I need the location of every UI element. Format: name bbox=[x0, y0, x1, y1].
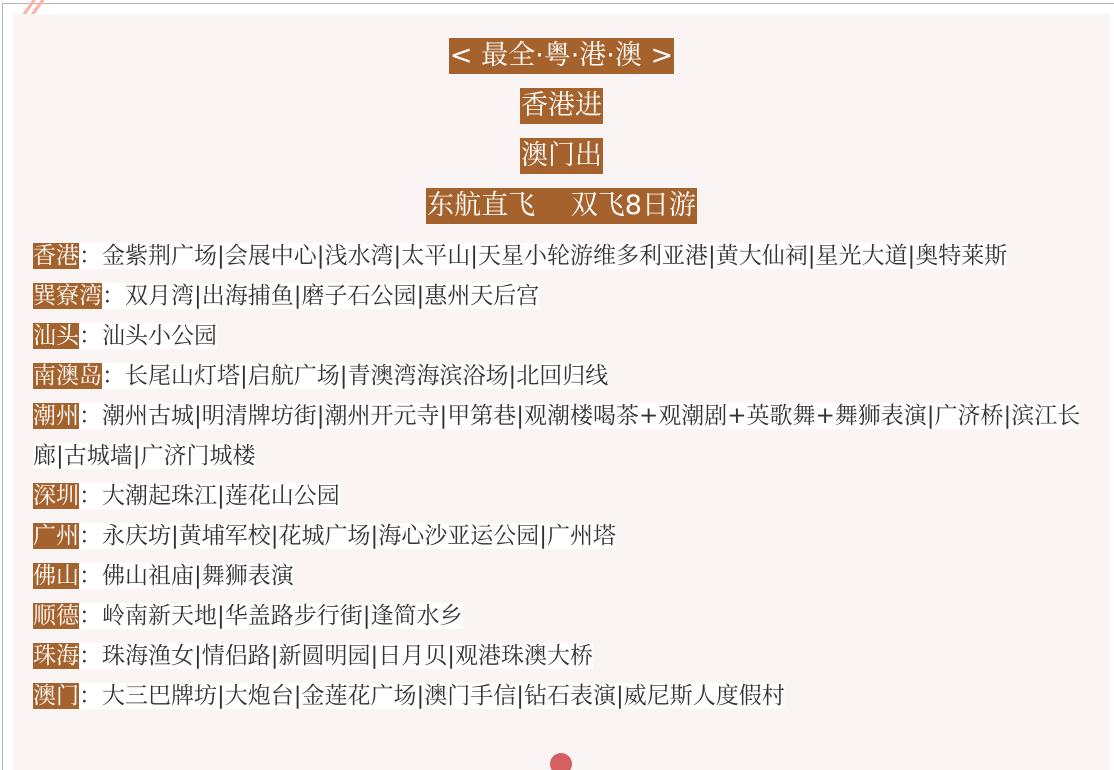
list-item: 珠海：珠海渔女|情侣路|新圆明园|日月贝|观港珠澳大桥 bbox=[33, 636, 1093, 676]
spots-text: 潮州古城|明清牌坊街|潮州开元寺|甲第巷|观潮楼喝茶+观潮剧+英歌舞+舞狮表演|… bbox=[33, 403, 1080, 469]
itinerary-list: 香港：金紫荆广场|会展中心|浅水湾|太平山|天星小轮游维多利亚港|黄大仙祠|星光… bbox=[13, 236, 1110, 716]
spots-text: 大潮起珠江|莲花山公园 bbox=[102, 483, 340, 509]
spots-text: 长尾山灯塔|启航广场|青澳湾海滨浴场|北回归线 bbox=[125, 363, 608, 389]
city-label: 巽寮湾 bbox=[33, 283, 102, 309]
spots-text: 汕头小公园 bbox=[102, 323, 217, 349]
spots-text: 佛山祖庙|舞狮表演 bbox=[102, 563, 294, 589]
list-item: 深圳：大潮起珠江|莲花山公园 bbox=[33, 476, 1093, 516]
spots-text: 珠海渔女|情侣路|新圆明园|日月贝|观港珠澳大桥 bbox=[102, 643, 593, 669]
list-item: 广州：永庆坊|黄埔军校|花城广场|海心沙亚运公园|广州塔 bbox=[33, 516, 1093, 556]
city-label: 深圳 bbox=[33, 483, 79, 509]
list-item: 巽寮湾：双月湾|出海捕鱼|磨子石公园|惠州天后宫 bbox=[33, 276, 1093, 316]
city-label: 南澳岛 bbox=[33, 363, 102, 389]
city-label: 珠海 bbox=[33, 643, 79, 669]
title-block: < 最全·粤·港·澳 > 香港进 澳门出 东航直飞 双飞8日游 bbox=[13, 14, 1110, 234]
city-label: 顺德 bbox=[33, 603, 79, 629]
list-item: 香港：金紫荆广场|会展中心|浅水湾|太平山|天星小轮游维多利亚港|黄大仙祠|星光… bbox=[33, 236, 1093, 276]
city-label: 广州 bbox=[33, 523, 79, 549]
city-label: 潮州 bbox=[33, 403, 79, 429]
decorative-dot-icon bbox=[550, 753, 572, 770]
list-item: 顺德：岭南新天地|华盖路步行街|逢简水乡 bbox=[33, 596, 1093, 636]
city-label: 香港 bbox=[33, 243, 79, 269]
spots-text: 金紫荆广场|会展中心|浅水湾|太平山|天星小轮游维多利亚港|黄大仙祠|星光大道|… bbox=[102, 243, 1007, 269]
list-item: 汕头：汕头小公园 bbox=[33, 316, 1093, 356]
city-label: 汕头 bbox=[33, 323, 79, 349]
spots-text: 永庆坊|黄埔军校|花城广场|海心沙亚运公园|广州塔 bbox=[102, 523, 616, 549]
spots-text: 大三巴牌坊|大炮台|金莲花广场|澳门手信|钻石表演|威尼斯人度假村 bbox=[102, 683, 785, 709]
title-entry: 香港进 bbox=[520, 88, 603, 124]
list-item: 南澳岛：长尾山灯塔|启航广场|青澳湾海滨浴场|北回归线 bbox=[33, 356, 1093, 396]
title-flight: 东航直飞 双飞8日游 bbox=[426, 188, 697, 224]
city-label: 澳门 bbox=[33, 683, 79, 709]
city-label: 佛山 bbox=[33, 563, 79, 589]
spots-text: 双月湾|出海捕鱼|磨子石公园|惠州天后宫 bbox=[125, 283, 539, 309]
list-item: 潮州：潮州古城|明清牌坊街|潮州开元寺|甲第巷|观潮楼喝茶+观潮剧+英歌舞+舞狮… bbox=[33, 396, 1093, 476]
title-exit: 澳门出 bbox=[520, 138, 603, 174]
title-main: < 最全·粤·港·澳 > bbox=[449, 38, 674, 74]
list-item: 佛山：佛山祖庙|舞狮表演 bbox=[33, 556, 1093, 596]
list-item: 澳门：大三巴牌坊|大炮台|金莲花广场|澳门手信|钻石表演|威尼斯人度假村 bbox=[33, 676, 1093, 716]
spots-text: 岭南新天地|华盖路步行街|逢简水乡 bbox=[102, 603, 463, 629]
itinerary-card: < 最全·粤·港·澳 > 香港进 澳门出 东航直飞 双飞8日游 香港：金紫荆广场… bbox=[13, 14, 1110, 770]
